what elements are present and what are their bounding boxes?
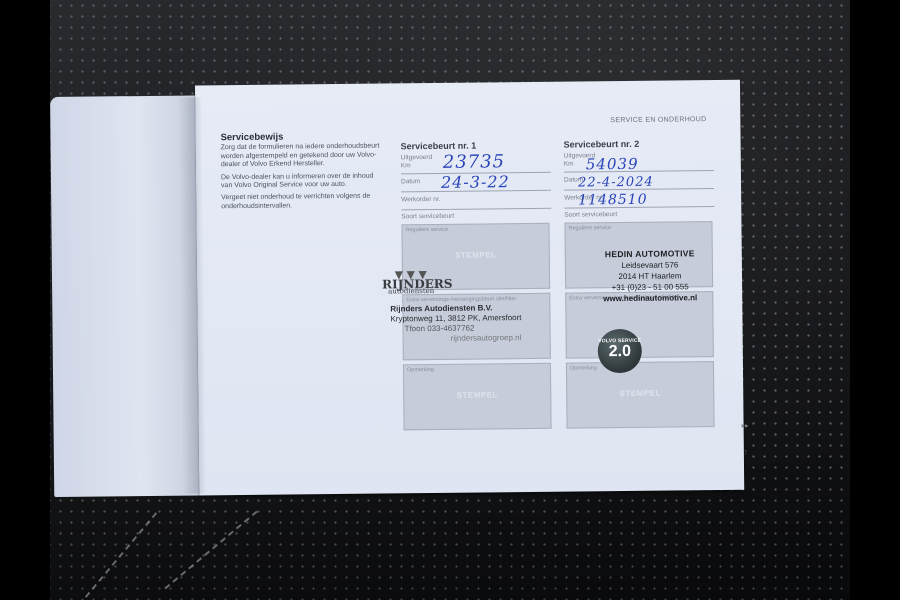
handwritten-workorder: 1148510	[578, 192, 648, 209]
badge-line2: 2.0	[598, 344, 642, 360]
datum-label: Datum	[401, 178, 420, 185]
page-number: 7	[744, 451, 747, 457]
box-label: Reguliere service	[405, 227, 448, 233]
box-label: Opmerking	[407, 367, 434, 373]
letterbox-right	[850, 0, 900, 600]
handwritten-date: 24-3-22	[441, 172, 510, 192]
page-fold	[178, 97, 206, 493]
werkorder-label: Werkorder nr.	[401, 196, 440, 203]
intro-title: Servicebewijs	[221, 133, 381, 143]
service-box-remark: Opmerking STEMPEL	[566, 361, 715, 429]
intro-text: Servicebewijs Zorg dat de formulieren na…	[221, 133, 382, 216]
dealer-web: www.hedinautomotive.nl	[580, 292, 720, 304]
datum-field: Datum 24-3-22	[401, 173, 551, 193]
stamp-placeholder: STEMPEL	[567, 388, 713, 399]
stamp-placeholder: STEMPEL	[403, 250, 549, 261]
stamp-placeholder: STEMPEL	[404, 390, 550, 401]
next-page-arrows-icon: ▸▸	[742, 422, 749, 430]
intro-paragraph: Vergeet niet onderhoud te verrichten vol…	[221, 193, 381, 211]
service-booklet: SERVICE EN ONDERHOUD Servicebewijs Zorg …	[50, 80, 744, 497]
km-field: Uitgevoerd Km 54039	[564, 148, 714, 173]
service-box-remark: Opmerking STEMPEL	[403, 363, 552, 431]
handwritten-km: 23735	[443, 151, 505, 173]
soort-label: Soort servicebeurt	[401, 212, 551, 221]
volvo-service-badge: VOLVO SERVICE 2.0	[598, 329, 642, 373]
rijnders-logo: RIJNDERS autodiensten	[382, 278, 560, 297]
box-label: Reguliere service	[568, 225, 611, 231]
km-label: Km	[564, 161, 574, 168]
logo-subtext: autodiensten	[388, 285, 560, 297]
datum-field: Datum 22-4-2024	[564, 171, 714, 191]
soort-label: Soort servicebeurt	[564, 210, 714, 219]
werkorder-field: Werkorder nr. 1148510	[564, 189, 714, 209]
hedin-dealer-stamp: HEDIN AUTOMOTIVE Leidsevaart 576 2014 HT…	[580, 248, 721, 304]
handwritten-km: 54039	[586, 155, 639, 174]
werkorder-field: Werkorder nr.	[401, 191, 551, 211]
km-label: Km	[401, 162, 411, 169]
letterbox-left	[0, 0, 50, 600]
handwritten-date: 22-4-2024	[578, 175, 654, 191]
intro-paragraph: De Volvo-dealer kan u informeren over de…	[221, 172, 381, 190]
box-label: Opmerking	[570, 365, 597, 371]
uitgevoerd-label: Uitgevoerd	[401, 154, 433, 161]
section-header: SERVICE EN ONDERHOUD	[610, 116, 706, 124]
intro-paragraph: Zorg dat de formulieren na iedere onderh…	[221, 143, 381, 170]
dealer-name: HEDIN AUTOMOTIVE	[605, 248, 695, 259]
dealer-web: rijndersautogroep.nl	[451, 333, 561, 344]
booklet-left-page	[50, 95, 199, 496]
rijnders-dealer-stamp: ▼▼▼ RIJNDERS autodiensten Rijnders Autod…	[390, 268, 561, 345]
km-field: Uitgevoerd Km 23735	[401, 150, 551, 175]
